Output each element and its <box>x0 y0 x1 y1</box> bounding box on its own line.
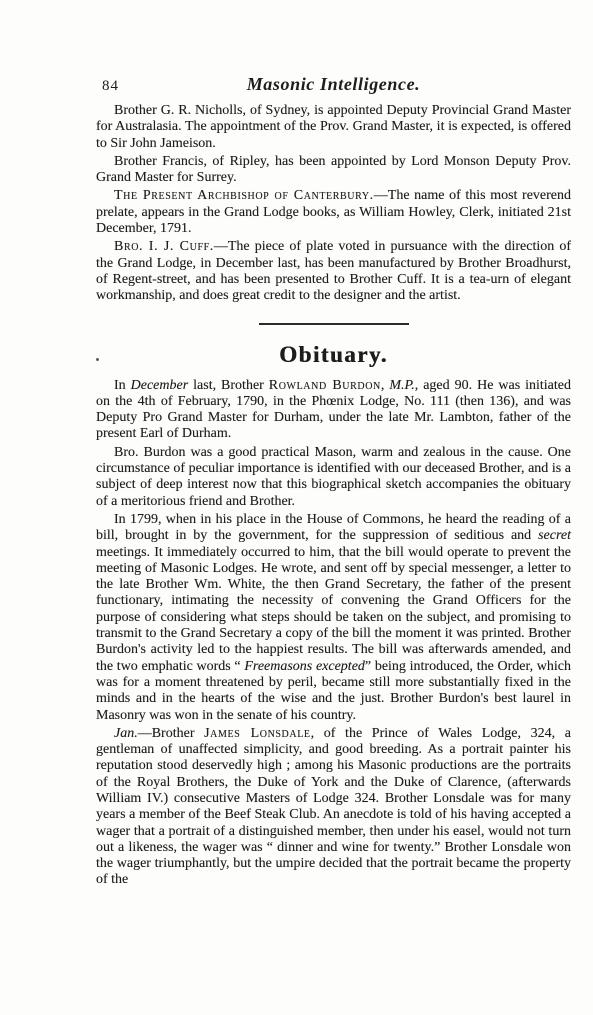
italic-text: Jan. <box>114 726 138 741</box>
italic-text: Freemasons excepted <box>244 659 365 674</box>
body-text: In 1799, when in his place in the House … <box>96 512 571 543</box>
body-text: In <box>114 378 131 393</box>
scan-artifact-dot <box>96 358 99 361</box>
smallcaps-name: The Present Archbishop of Canterbury. <box>114 188 374 203</box>
body-text: Brother Francis, of Ripley, has been app… <box>96 154 571 185</box>
page-content: Brother G. R. Nicholls, of Sydney, is ap… <box>96 103 571 891</box>
smallcaps-name: Rowland Burdon <box>269 378 381 393</box>
smallcaps-name: Bro. I. J. Cuff. <box>114 239 214 254</box>
body-text: meetings. It immediately occurred to him… <box>96 545 571 674</box>
body-text: , of the Prince of Wales Lodge, 324, a g… <box>96 726 571 888</box>
page-number: 84 <box>102 78 119 95</box>
italic-text: secret <box>538 528 571 543</box>
body-text: Brother G. R. Nicholls, of Sydney, is ap… <box>96 103 571 151</box>
document-page: 84 Masonic Intelligence. Brother G. R. N… <box>0 0 593 1015</box>
masonic-intelligence-section: Brother G. R. Nicholls, of Sydney, is ap… <box>96 103 571 305</box>
page-header: 84 Masonic Intelligence. <box>96 74 571 100</box>
paragraph: In 1799, when in his place in the House … <box>96 512 571 724</box>
paragraph: In December last, Brother Rowland Burdon… <box>96 378 571 443</box>
paragraph: Bro. Burdon was a good practical Mason, … <box>96 445 571 510</box>
paragraph: Bro. I. J. Cuff.—The piece of plate vote… <box>96 239 571 304</box>
running-title: Masonic Intelligence. <box>96 74 571 95</box>
body-text: last, Brother <box>188 378 269 393</box>
paragraph: Brother Francis, of Ripley, has been app… <box>96 154 571 187</box>
section-divider-rule <box>259 323 409 325</box>
body-text: —Brother <box>138 726 204 741</box>
body-text: Bro. Burdon was a good practical Mason, … <box>96 445 571 509</box>
italic-text: M.P. <box>389 378 414 393</box>
smallcaps-name: James Lonsdale <box>204 726 311 741</box>
paragraph: Jan.—Brother James Lonsdale, of the Prin… <box>96 726 571 889</box>
italic-text: December <box>131 378 189 393</box>
paragraph: Brother G. R. Nicholls, of Sydney, is ap… <box>96 103 571 152</box>
paragraph: The Present Archbishop of Canterbury.—Th… <box>96 188 571 237</box>
obituary-section: In December last, Brother Rowland Burdon… <box>96 378 571 889</box>
obituary-heading: Obituary. <box>96 342 571 368</box>
